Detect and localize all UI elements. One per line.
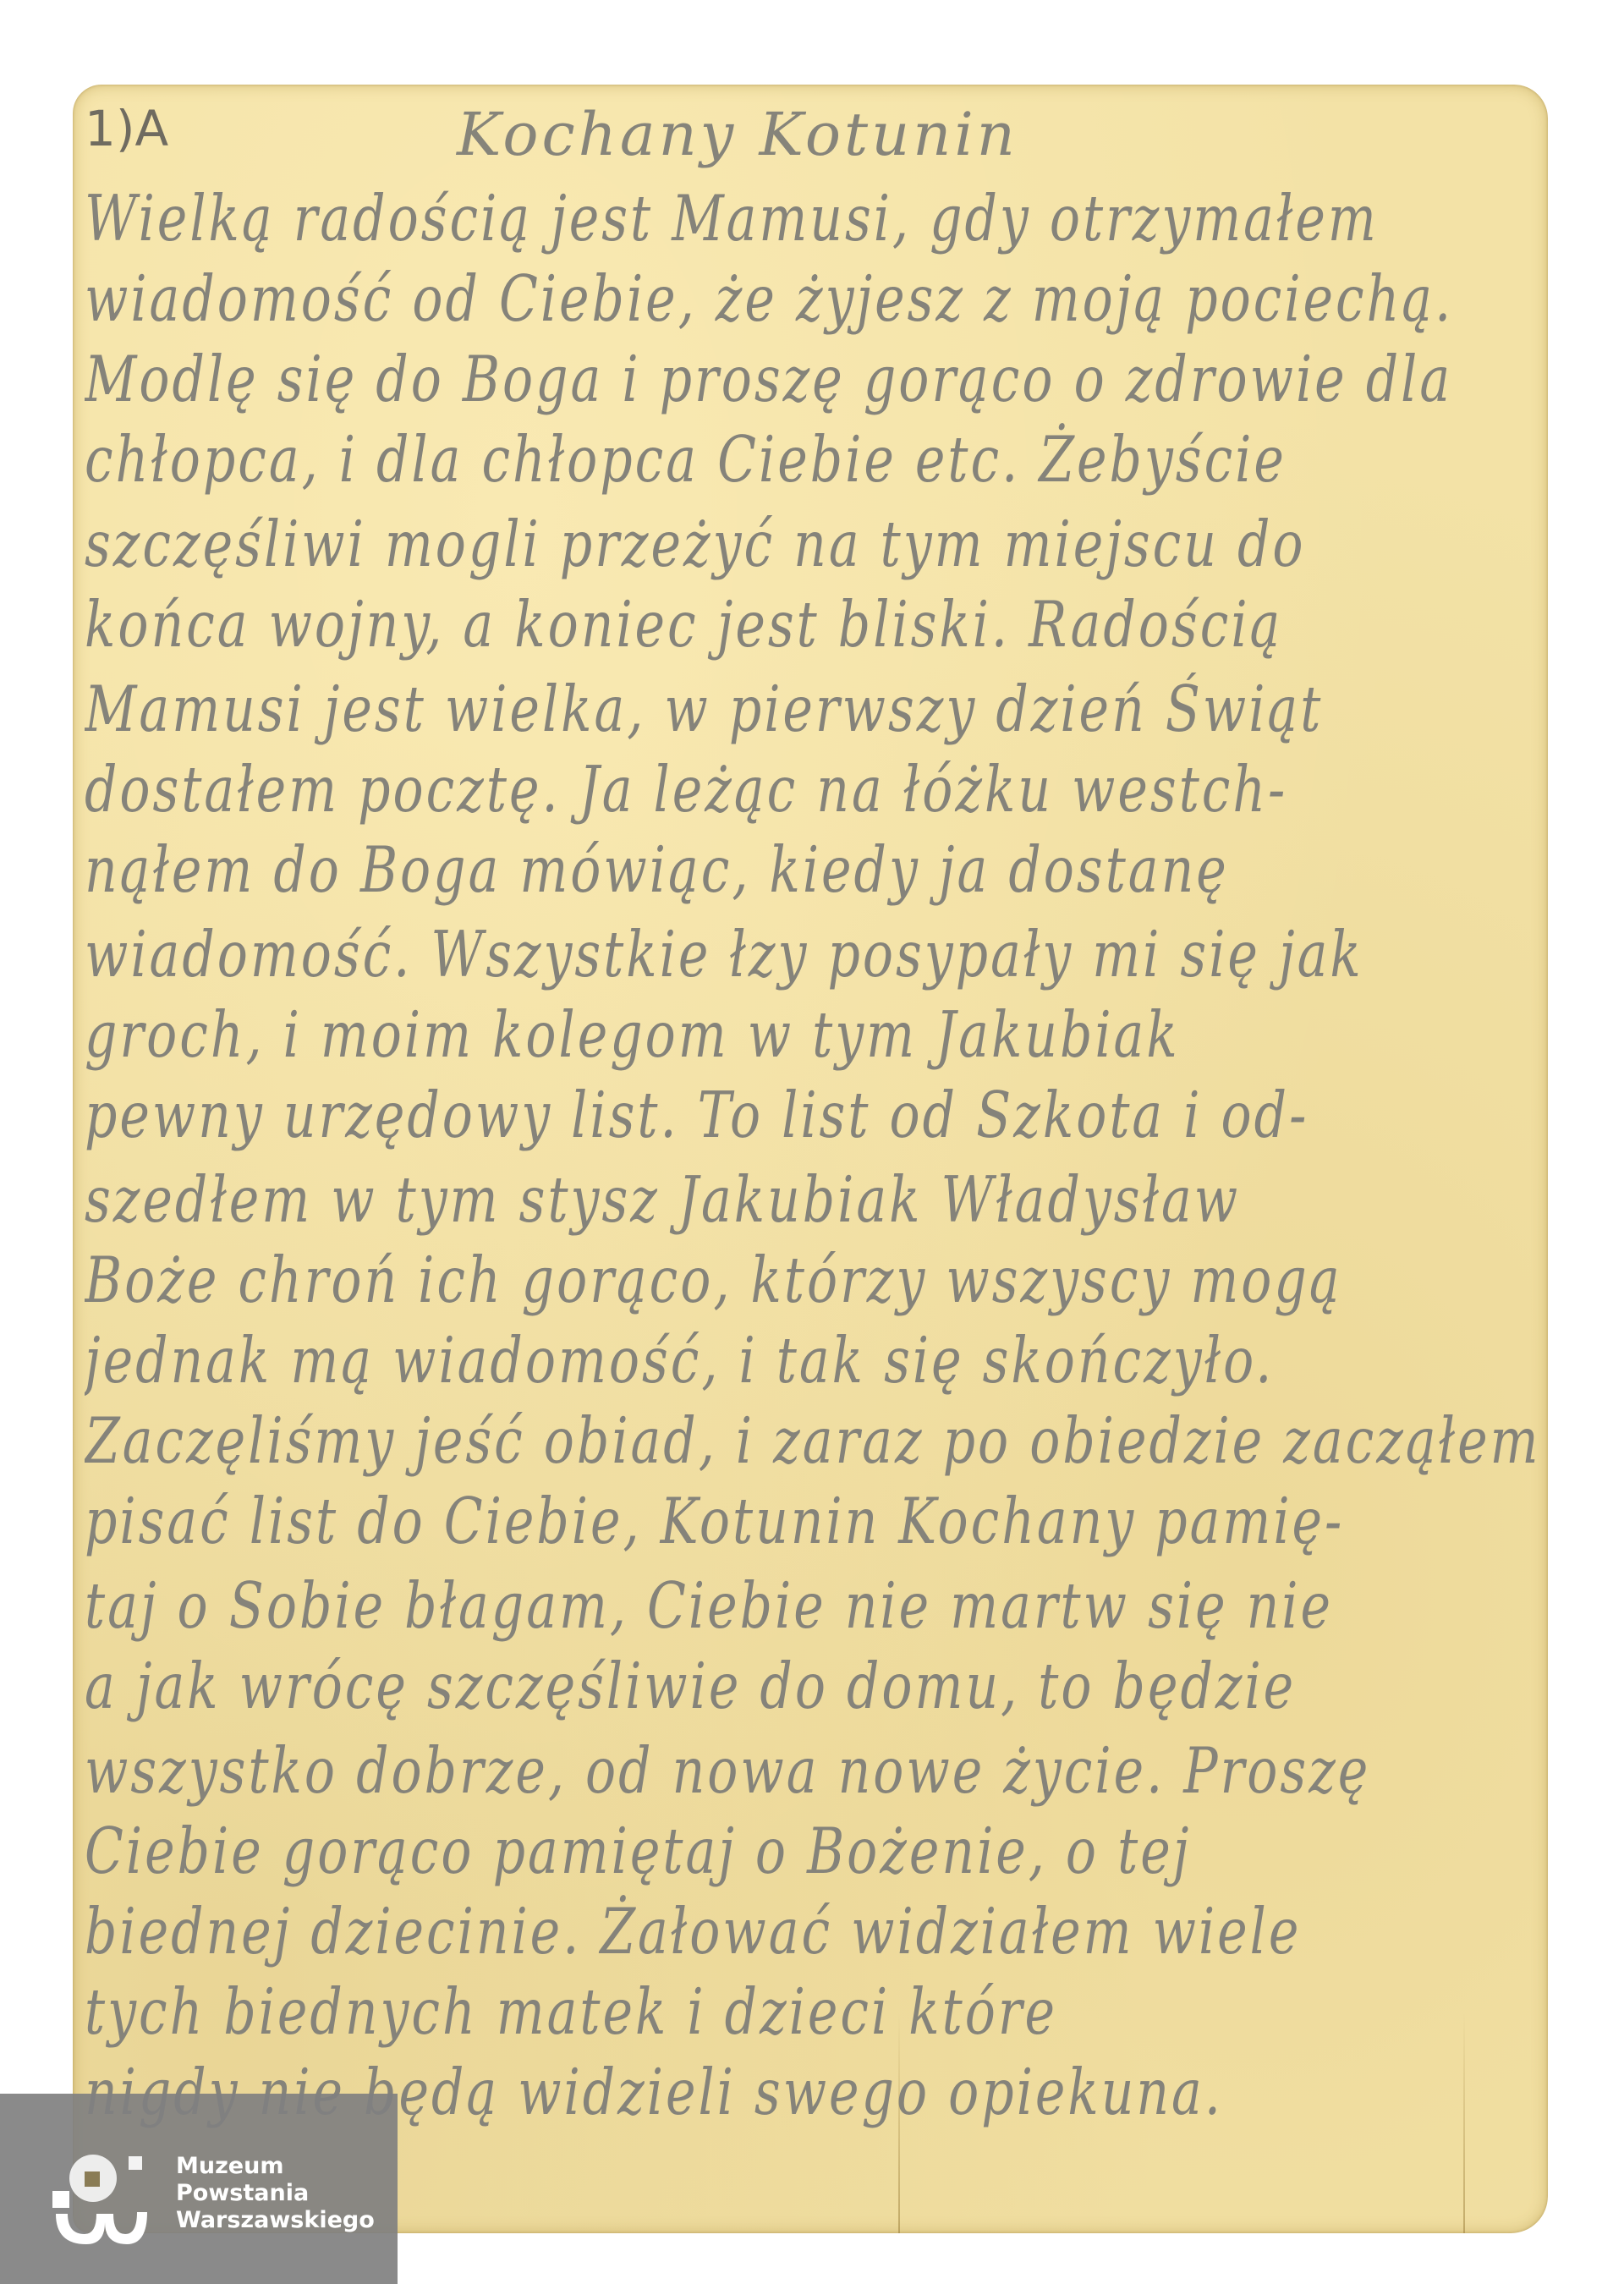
letter-line: Ciebie gorąco pamiętaj o Bożenie, o tej (85, 1815, 1539, 1889)
museum-name-line1: Muzeum (176, 2153, 375, 2180)
letter-line: Wielką radością jest Mamusi, gdy otrzyma… (85, 182, 1539, 256)
letter-line: dostałem pocztę. Ja leżąc na łóżku westc… (85, 753, 1539, 827)
corner-mark: 1)A (85, 100, 168, 157)
museum-name-line3: Warszawskiego (176, 2207, 375, 2234)
letter-line: pisać list do Ciebie, Kotunin Kochany pa… (85, 1485, 1539, 1559)
letter-line: groch, i moim kolegom w tym Jakubiak (85, 998, 1539, 1073)
museum-name: Muzeum Powstania Warszawskiego (176, 2153, 375, 2234)
letter-salutation: Kochany Kotunin (457, 100, 1018, 169)
letter-line: a jak wrócę szczęśliwie do domu, to będz… (85, 1650, 1539, 1724)
letter-line: Modlę się do Boga i proszę gorąco o zdro… (85, 343, 1539, 417)
letter-line: tych biednych matek i dzieci które (85, 1975, 1539, 2050)
letter-line: wiadomość. Wszystkie łzy posypały mi się… (85, 918, 1539, 992)
letter-line: szedłem w tym stysz Jakubiak Władysław (85, 1163, 1539, 1238)
kotwica-anchor-logo-icon (52, 2153, 154, 2246)
letter-line: Boże chroń ich gorąco, którzy wszyscy mo… (85, 1244, 1539, 1318)
letter-line: wiadomość od Ciebie, że żyjesz z moją po… (85, 262, 1539, 337)
letter-line: Mamusi jest wielka, w pierwszy dzień Świ… (85, 673, 1539, 747)
letter-line: wszystko dobrze, od nowa nowe życie. Pro… (85, 1734, 1539, 1809)
letter-line: szczęśliwi mogli przeżyć na tym miejscu … (85, 508, 1539, 582)
letter-line: biednej dziecinie. Żałować widziałem wie… (85, 1895, 1539, 1969)
letter-line: pewny urzędowy list. To list od Szkota i… (85, 1079, 1539, 1153)
letter-line: jednak mą wiadomość, i tak się skończyło… (85, 1324, 1539, 1398)
letter-line: nąłem do Boga mówiąc, kiedy ja dostanę (85, 833, 1539, 908)
letter-line: taj o Sobie błagam, Ciebie nie martw się… (85, 1569, 1539, 1644)
letter-line: końca wojny, a koniec jest bliski. Radoś… (85, 588, 1539, 662)
letter-line: chłopca, i dla chłopca Ciebie etc. Żebyś… (85, 423, 1539, 497)
letter-line: Zaczęliśmy jeść obiad, i zaraz po obiedz… (85, 1404, 1539, 1479)
museum-name-line2: Powstania (176, 2180, 375, 2207)
